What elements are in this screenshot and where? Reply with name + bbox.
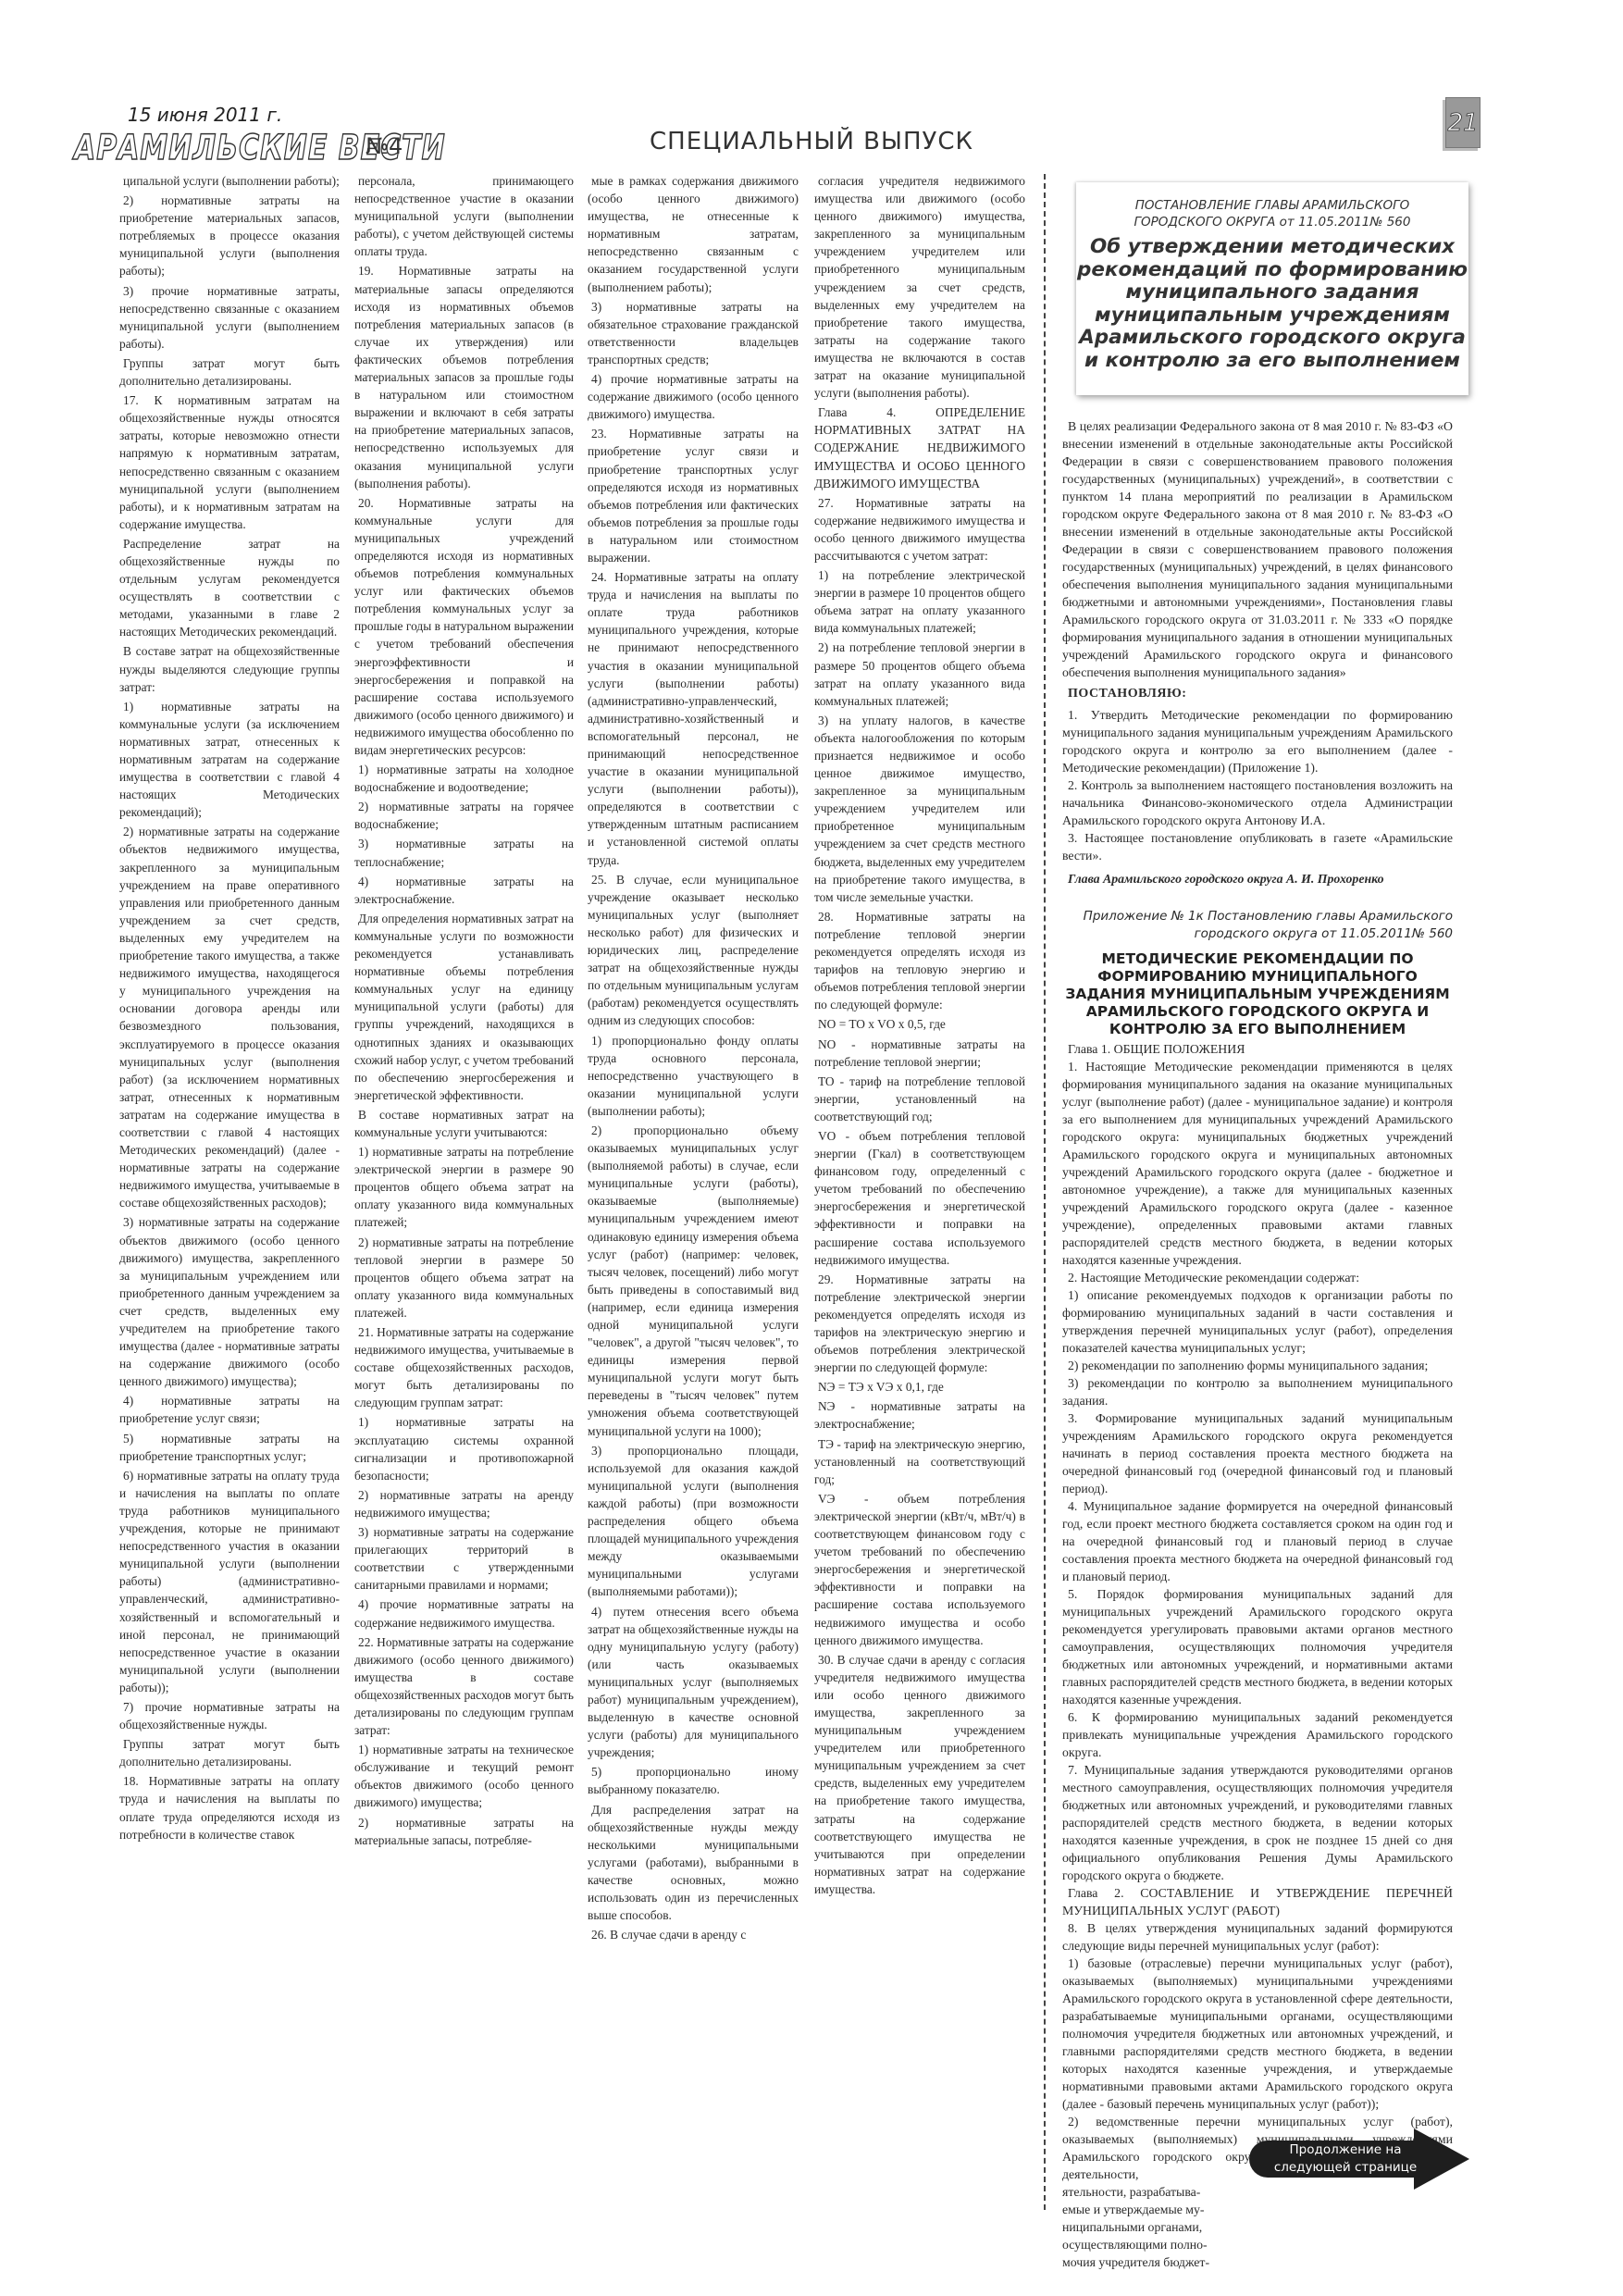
decree-item: 1. Утвердить Методические рекомендации п… <box>1062 706 1453 776</box>
paragraph: Группы затрат могут быть дополнительно д… <box>119 354 340 390</box>
paragraph: 7) прочие нормативные затраты на общехоз… <box>119 1698 340 1733</box>
paragraph: 3) нормативные затраты на содержание при… <box>354 1523 574 1594</box>
paragraph: 1) базовые (отраслевые) перечни муниципа… <box>1062 1955 1453 2113</box>
paragraph: 4) нормативные затраты на приобретение у… <box>119 1392 340 1427</box>
text-line: осуществляющими полно- <box>1062 2236 1247 2253</box>
continued-text-lines: ятельности, разрабатыва-емые и утверждае… <box>1062 2183 1247 2271</box>
issue-date: 15 июня 2011 г. <box>128 104 282 126</box>
column-3: мые в рамках содержания движимого (особо… <box>588 172 799 1945</box>
paragraph: 24. Нормативные затраты на оплату труда … <box>588 568 799 869</box>
paragraph: 2) рекомендации по заполнению формы муни… <box>1062 1357 1453 1374</box>
paragraph: 3) нормативные затраты на теплоснабжение… <box>354 835 574 870</box>
paragraph: 3) рекомендации по контролю за выполнени… <box>1062 1374 1453 1409</box>
paragraph: 1) нормативные затраты на холодное водос… <box>354 761 574 796</box>
paragraph: NЭ = TЭ x VЭ x 0,1, где <box>814 1378 1025 1396</box>
paragraph: 3) пропорционально площади, используемой… <box>588 1442 799 1601</box>
paragraph: В составе затрат на общехозяйственные ну… <box>119 642 340 695</box>
chapter-heading: Глава 1. ОБЩИЕ ПОЛОЖЕНИЯ <box>1062 1040 1453 1058</box>
decree-preamble: В целях реализации Федерального закона о… <box>1062 417 1453 681</box>
paragraph: 1) на потребление электрической энергии … <box>814 566 1025 637</box>
paragraph: 5) нормативные затраты на приобретение т… <box>119 1430 340 1465</box>
recommendations-title: МЕТОДИЧЕСКИЕ РЕКОМЕНДАЦИИ ПО ФОРМИРОВАНИ… <box>1062 950 1453 1038</box>
paragraph: 4) прочие нормативные затраты на содержа… <box>588 370 799 423</box>
paragraph: Глава 4. ОПРЕДЕЛЕНИЕ НОРМАТИВНЫХ ЗАТРАТ … <box>814 403 1025 491</box>
continue-line: следующей странице <box>1253 2159 1438 2177</box>
paragraph: 17. К нормативным затратам на общехозяйс… <box>119 391 340 533</box>
paragraph: 23. Нормативные затраты на приобретение … <box>588 425 799 566</box>
paragraph: 3. Формирование муниципальных заданий му… <box>1062 1409 1453 1497</box>
paragraph: 28. Нормативные затраты на потребление т… <box>814 908 1025 1014</box>
paragraph: 7. Муниципальные задания утверждаются ру… <box>1062 1761 1453 1884</box>
column-1: ципальной услуги (выполнении работы);2) … <box>119 172 340 1845</box>
paragraph: 6. К формированию муниципальных заданий … <box>1062 1708 1453 1761</box>
paragraph: персонала, принимающего непосредственное… <box>354 172 574 260</box>
continue-label: Продолжение на следующей странице <box>1253 2141 1438 2177</box>
paragraph: 2) нормативные затраты на содержание объ… <box>119 823 340 1211</box>
continue-line: Продолжение на <box>1253 2141 1438 2159</box>
paragraph: 1) нормативные затраты на потребление эл… <box>354 1143 574 1231</box>
chapter-heading: Глава 2. СОСТАВЛЕНИЕ И УТВЕРЖДЕНИЕ ПЕРЕЧ… <box>1062 1884 1453 1919</box>
paragraph: 2) нормативные затраты на приобретение м… <box>119 192 340 279</box>
paragraph: NЭ - нормативные затраты на электроснабж… <box>814 1397 1025 1433</box>
text-line: ниципальными органами, <box>1062 2218 1247 2236</box>
column-4: согласия учредителя недвижимого имуществ… <box>814 172 1025 1900</box>
masthead: 15 июня 2011 г. АРАМИЛЬСКИЕ ВЕСТИ №4 СПЕ… <box>0 93 1623 167</box>
text-line: мочия учредителя бюджет- <box>1062 2253 1247 2271</box>
paragraph: 1) описание рекомендуемых подходов к орг… <box>1062 1286 1453 1357</box>
paragraph: 29. Нормативные затраты на потребление э… <box>814 1271 1025 1377</box>
paragraph: VO - объем потребления тепловой энергии … <box>814 1127 1025 1269</box>
paragraph: В составе нормативных затрат на коммунал… <box>354 1106 574 1141</box>
text-line: ятельности, разрабатыва- <box>1062 2183 1247 2201</box>
paragraph: Распределение затрат на общехозяйственны… <box>119 535 340 641</box>
paragraph: 2) на потребление тепловой энергии в раз… <box>814 639 1025 709</box>
paragraph: 2) нормативные затраты на горячее водосн… <box>354 798 574 833</box>
paragraph: 20. Нормативные затраты на коммунальные … <box>354 494 574 759</box>
paragraph: 21. Нормативные затраты на содержание не… <box>354 1323 574 1411</box>
paragraph: 5) пропорционально иному выбранному пока… <box>588 1763 799 1798</box>
paragraph: 4) путем отнесения всего объема затрат н… <box>588 1603 799 1762</box>
paragraph: 3) нормативные затраты на содержание объ… <box>119 1213 340 1390</box>
decree-header-line: ПОСТАНОВЛЕНИЕ ГЛАВЫ АРАМИЛЬСКОГО <box>1076 197 1468 214</box>
column-2: персонала, принимающего непосредственное… <box>354 172 574 1851</box>
paragraph: 2) нормативные затраты на материальные з… <box>354 1814 574 1849</box>
paragraph: 3) на уплату налогов, в качестве объекта… <box>814 712 1025 906</box>
paragraph: 22. Нормативные затраты на содержание дв… <box>354 1633 574 1740</box>
paragraph: 1) нормативные затраты на коммунальные у… <box>119 698 340 822</box>
paragraph: Для определения нормативных затрат на ко… <box>354 910 574 1104</box>
paragraph: 4) прочие нормативные затраты на содержа… <box>354 1595 574 1631</box>
paragraph: ципальной услуги (выполнении работы); <box>119 172 340 190</box>
paragraph: 5. Порядок формирования муниципальных за… <box>1062 1585 1453 1708</box>
paragraph: 4. Муниципальное задание формируется на … <box>1062 1497 1453 1585</box>
paragraph: 1) нормативные затраты на техническое об… <box>354 1741 574 1811</box>
paragraph: Группы затрат могут быть дополнительно д… <box>119 1735 340 1770</box>
appendix-line: городского округа от 11.05.2011№ 560 <box>1062 925 1453 943</box>
paragraph: 8. В целях утверждения муниципальных зад… <box>1062 1919 1453 1955</box>
paragraph: 18. Нормативные затраты на оплату труда … <box>119 1772 340 1843</box>
text-line: емые и утверждаемые му- <box>1062 2201 1247 2218</box>
paragraph: 27. Нормативные затраты на содержание не… <box>814 494 1025 565</box>
paragraph: 2) нормативные затраты на потребление те… <box>354 1234 574 1322</box>
paragraph: NO = TO x VO x 0,5, где <box>814 1015 1025 1033</box>
paragraph: 19. Нормативные затраты на материальные … <box>354 262 574 491</box>
paragraph: VЭ - объем потребления электрической эне… <box>814 1490 1025 1649</box>
decree-item: 2. Контроль за выполнением настоящего по… <box>1062 776 1453 829</box>
signature: Глава Арамильского городского округа А. … <box>1068 870 1453 887</box>
chapter-1-body: 1. Настоящие Методические рекомендации п… <box>1062 1058 1453 1884</box>
dashed-column-divider <box>1044 174 1046 2210</box>
paragraph: 2) нормативные затраты на аренду недвижи… <box>354 1486 574 1521</box>
paragraph: мые в рамках содержания движимого (особо… <box>588 172 799 296</box>
paragraph: 25. В случае, если муниципальное учрежде… <box>588 871 799 1030</box>
continued-next-page-arrow: Продолжение на следующей странице <box>1249 2128 1492 2191</box>
paragraph: TO - тариф на потребление тепловой энерг… <box>814 1073 1025 1125</box>
appendix-line: Приложение № 1к Постановлению главы Арам… <box>1062 908 1453 925</box>
resolve-heading: ПОСТАНОВЛЯЮ: <box>1068 685 1453 702</box>
paragraph: 30. В случае сдачи в аренду с согласия у… <box>814 1651 1025 1898</box>
paragraph: 1) нормативные затраты на эксплуатацию с… <box>354 1413 574 1483</box>
decree-header: ПОСТАНОВЛЕНИЕ ГЛАВЫ АРАМИЛЬСКОГО ГОРОДСК… <box>1076 197 1468 230</box>
section-title: СПЕЦИАЛЬНЫЙ ВЫПУСК <box>0 128 1623 155</box>
paragraph: согласия учредителя недвижимого имуществ… <box>814 172 1025 402</box>
decree-item: 3. Настоящее постановление опубликовать … <box>1062 829 1453 864</box>
paragraph: 2) пропорционально объему оказываемых му… <box>588 1122 799 1440</box>
paragraph: 4) нормативные затраты на электроснабжен… <box>354 873 574 908</box>
decree-heading-box: ПОСТАНОВЛЕНИЕ ГЛАВЫ АРАМИЛЬСКОГО ГОРОДСК… <box>1076 182 1468 395</box>
decree-header-line: ГОРОДСКОГО ОКРУГА от 11.05.2011№ 560 <box>1076 214 1468 230</box>
paragraph: 2. Настоящие Методические рекомендации с… <box>1062 1269 1453 1286</box>
decree-title: Об утверждении методических рекомендаций… <box>1076 236 1468 372</box>
paragraph: 26. В случае сдачи в аренду с <box>588 1926 799 1943</box>
appendix-reference: Приложение № 1к Постановлению главы Арам… <box>1062 908 1453 943</box>
page-number-badge: 21 <box>1445 97 1481 148</box>
paragraph: 3) прочие нормативные затраты, непосредс… <box>119 282 340 353</box>
decree-body: В целях реализации Федерального закона о… <box>1062 417 1453 2271</box>
paragraph: NO - нормативные затраты на потребление … <box>814 1036 1025 1071</box>
paragraph: 1. Настоящие Методические рекомендации п… <box>1062 1058 1453 1269</box>
paragraph: 3) нормативные затраты на обязательное с… <box>588 298 799 368</box>
paragraph: Для распределения затрат на общехозяйств… <box>588 1801 799 1925</box>
paragraph: 6) нормативные затраты на оплату труда и… <box>119 1467 340 1696</box>
paragraph: TЭ - тариф на электрическую энергию, уст… <box>814 1435 1025 1488</box>
paragraph: 1) пропорционально фонду оплаты труда ос… <box>588 1032 799 1120</box>
